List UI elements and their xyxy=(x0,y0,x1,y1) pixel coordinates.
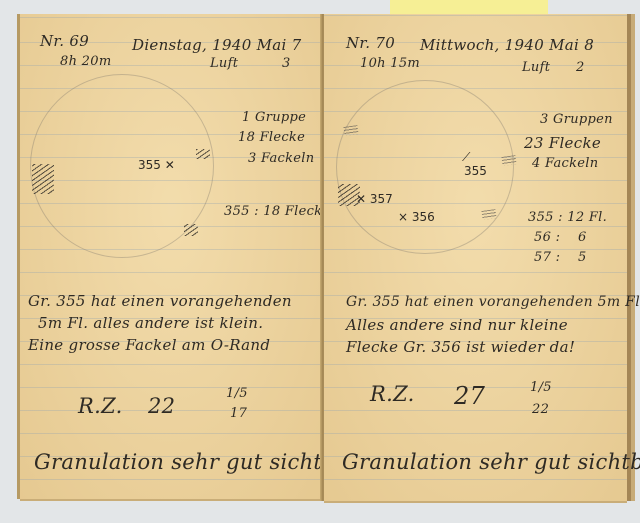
sunspot-label: × 356 xyxy=(398,210,435,224)
sunspot-label: ✕ 357 xyxy=(356,192,393,206)
relative-number-value: 22 xyxy=(148,394,175,418)
group-detail: 355 : 18 Flecke xyxy=(224,204,330,219)
facula-hatch-icon xyxy=(196,149,210,159)
notebook-page-left: Nr. 69 8h 20m Dienstag, 1940 Mai 7 Luft … xyxy=(20,14,323,499)
group-count: 3 Gruppen xyxy=(540,112,613,127)
relative-number-label: R.Z. xyxy=(370,382,415,406)
relative-fraction-top: 1/5 xyxy=(226,386,248,401)
granulation-note: Granulation sehr gut sichtbar xyxy=(34,450,359,474)
group-id: 355 xyxy=(528,210,554,225)
seeing-value: 3 xyxy=(282,56,291,71)
note-line: Gr. 355 hat einen vorangehenden 5m Fleck… xyxy=(346,294,640,310)
facula-hatch-icon xyxy=(32,164,54,194)
solar-disk-drawing xyxy=(336,80,514,254)
observation-date: Mittwoch, 1940 Mai 8 xyxy=(420,36,594,54)
observation-date: Dienstag, 1940 Mai 7 xyxy=(132,36,302,54)
faculae-count: 4 Fackeln xyxy=(532,156,598,171)
note-line: Gr. 355 hat einen vorangehenden xyxy=(28,292,292,310)
group-value: 12 Fl. xyxy=(567,210,607,225)
note-line: Alles andere sind nur kleine xyxy=(346,316,568,334)
group-count: 1 Gruppe xyxy=(242,110,306,125)
group-detail-id: 355 : 12 Fl. xyxy=(528,210,607,225)
observation-time: 10h 15m xyxy=(360,56,420,71)
relative-fraction-bottom: 22 xyxy=(532,402,549,417)
observation-number: Nr. 70 xyxy=(346,34,395,52)
sunspot-marker-icon: ⟋ xyxy=(462,150,470,165)
notebook-page-right: Nr. 70 10h 15m Mittwoch, 1940 Mai 8 Luft… xyxy=(324,14,627,501)
note-line: 5m Fl. alles andere ist klein. xyxy=(38,314,263,332)
seeing-value: 2 xyxy=(576,60,585,75)
facula-marks-icon xyxy=(481,209,496,220)
spot-count: 18 Flecke xyxy=(238,130,305,145)
relative-fraction-top: 1/5 xyxy=(530,380,552,395)
observation-number: Nr. 69 xyxy=(40,32,89,50)
relative-number-value: 27 xyxy=(454,382,485,410)
sunspot-label: 355 ✕ xyxy=(138,158,175,172)
relative-fraction-bottom: 17 xyxy=(230,406,247,421)
relative-number-label: R.Z. xyxy=(78,394,123,418)
note-line: Flecke Gr. 356 ist wieder da! xyxy=(346,338,575,356)
seeing-label: Luft xyxy=(210,56,238,71)
sunspot-label: 355 xyxy=(464,164,487,178)
sunspot-group-id: 356 xyxy=(412,210,435,224)
group-value: 6 xyxy=(578,230,587,245)
group-value: 5 xyxy=(578,250,587,265)
observation-time: 8h 20m xyxy=(60,54,111,69)
sunspot-group-id: 357 xyxy=(370,192,393,206)
group-detail-id: 57 : 5 xyxy=(534,250,587,265)
group-detail-id: 56 : 6 xyxy=(534,230,587,245)
group-id: 56 xyxy=(534,230,551,245)
facula-marks-icon xyxy=(343,125,358,136)
spot-count: 23 Flecke xyxy=(524,134,601,152)
faculae-count: 3 Fackeln xyxy=(248,151,314,166)
note-line: Eine grosse Fackel am O-Rand xyxy=(28,336,270,354)
facula-marks-icon xyxy=(501,155,516,166)
granulation-note: Granulation sehr gut sichtbar xyxy=(342,450,640,474)
seeing-label: Luft xyxy=(522,60,550,75)
sunspot-group-id: 355 xyxy=(138,158,161,172)
facula-hatch-icon xyxy=(184,224,198,236)
group-id: 57 xyxy=(534,250,551,265)
